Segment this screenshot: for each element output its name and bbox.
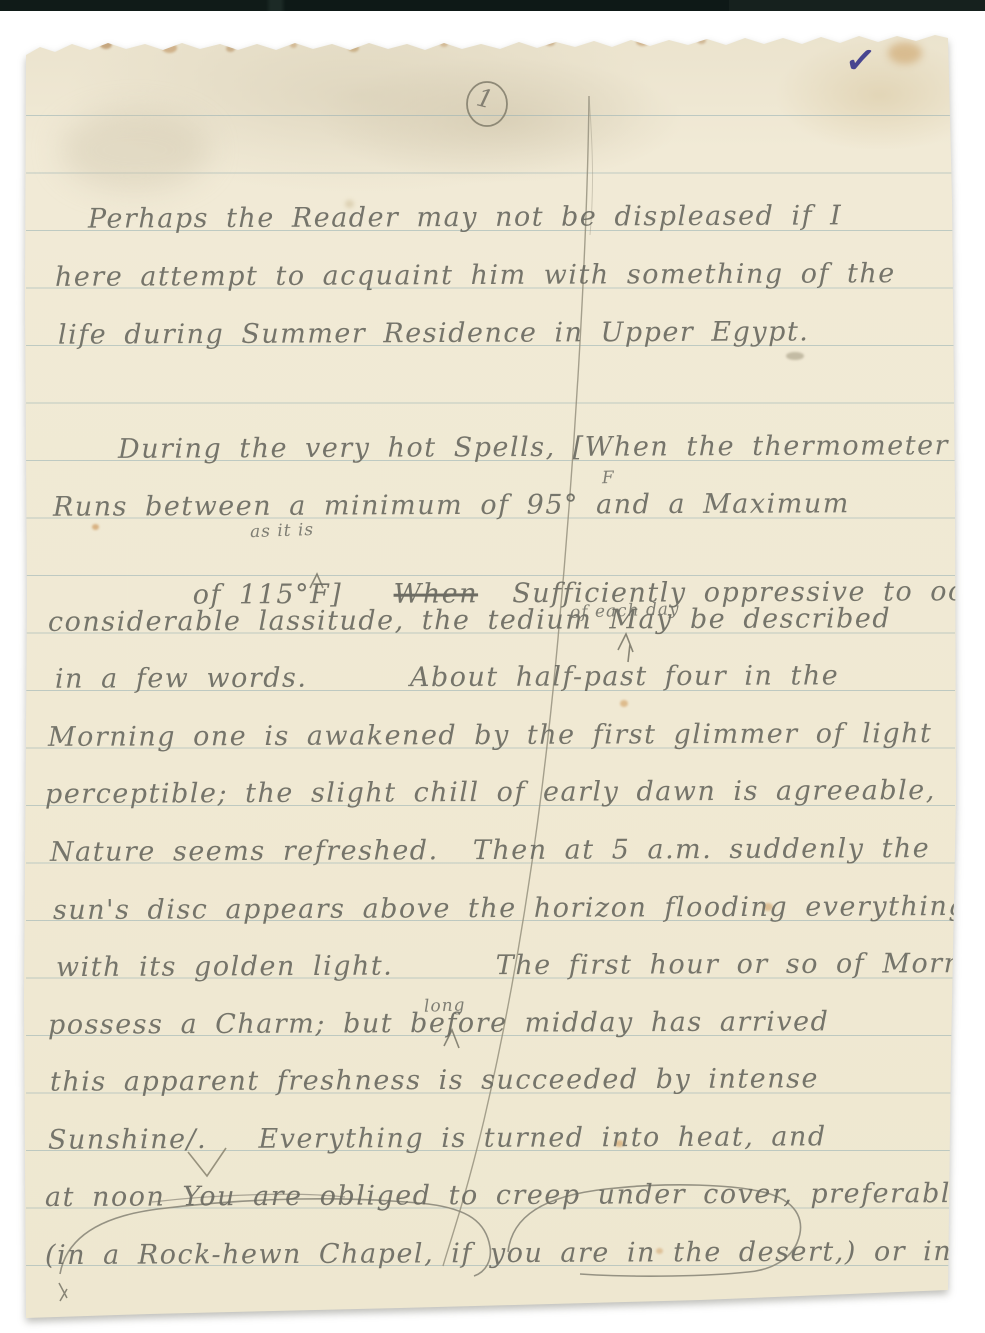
- stain: [697, 37, 706, 44]
- smudge: [786, 352, 804, 360]
- insertion-of-each-day: of each day: [570, 599, 680, 623]
- handwriting-line: in a few words. About half-past four in …: [55, 660, 839, 694]
- handwriting-line: Nature seems refreshed. Then at 5 a.m. s…: [50, 833, 930, 868]
- stain: [888, 42, 922, 64]
- stain: [92, 524, 99, 530]
- manuscript-page: 1 ✓ Perhaps the Reader may not be disple…: [0, 0, 985, 1333]
- handwriting-line: here attempt to acquaint him with someth…: [55, 258, 896, 293]
- handwriting-line: Sunshine/. Everything is turned into hea…: [48, 1121, 827, 1155]
- stain: [162, 43, 177, 53]
- handwriting-line: at noon You are obliged to creep under c…: [45, 1178, 974, 1213]
- scanned-document: 1 ✓ Perhaps the Reader may not be disple…: [0, 0, 985, 1333]
- handwriting-line: with its golden light. The first hour or…: [56, 948, 985, 983]
- stain: [348, 44, 359, 52]
- handwriting-line: (in a Rock-hewn Chapel, if you are in th…: [45, 1236, 985, 1271]
- stain: [226, 45, 235, 52]
- handwriting-line: this apparent freshness is succeeded by …: [50, 1063, 819, 1097]
- handwriting-line: perceptible; the slight chill of early d…: [45, 775, 936, 810]
- stain: [545, 39, 555, 46]
- insertion-degree-f: F: [602, 468, 615, 488]
- stain: [440, 41, 448, 47]
- checkmark-icon: ✓: [843, 36, 878, 83]
- bottom-left-mark: [59, 1283, 67, 1301]
- handwriting-line: sun's disc appears above the horizon flo…: [53, 891, 967, 926]
- handwriting-line: Perhaps the Reader may not be displeased…: [88, 200, 842, 234]
- page-wrapper: 1 ✓ Perhaps the Reader may not be disple…: [0, 0, 985, 1333]
- page-number: 1: [474, 83, 496, 115]
- insertion-long: long: [424, 995, 466, 1016]
- handwriting-line: Morning one is awakened by the first gli…: [48, 718, 932, 753]
- stain: [636, 37, 649, 46]
- handwriting-line: life during Summer Residence in Upper Eg…: [58, 316, 809, 350]
- stain: [60, 110, 210, 190]
- handwriting-line: During the very hot Spells, [When the th…: [118, 430, 949, 465]
- stain: [620, 700, 628, 707]
- insertion-as-it-is: as it is: [250, 520, 315, 542]
- stain: [100, 40, 112, 49]
- stain: [290, 42, 297, 48]
- handwriting-line: Runs between a minimum of 95° and a Maxi…: [53, 488, 850, 522]
- handwriting-line: considerable lassitude, the tedium May b…: [48, 603, 891, 638]
